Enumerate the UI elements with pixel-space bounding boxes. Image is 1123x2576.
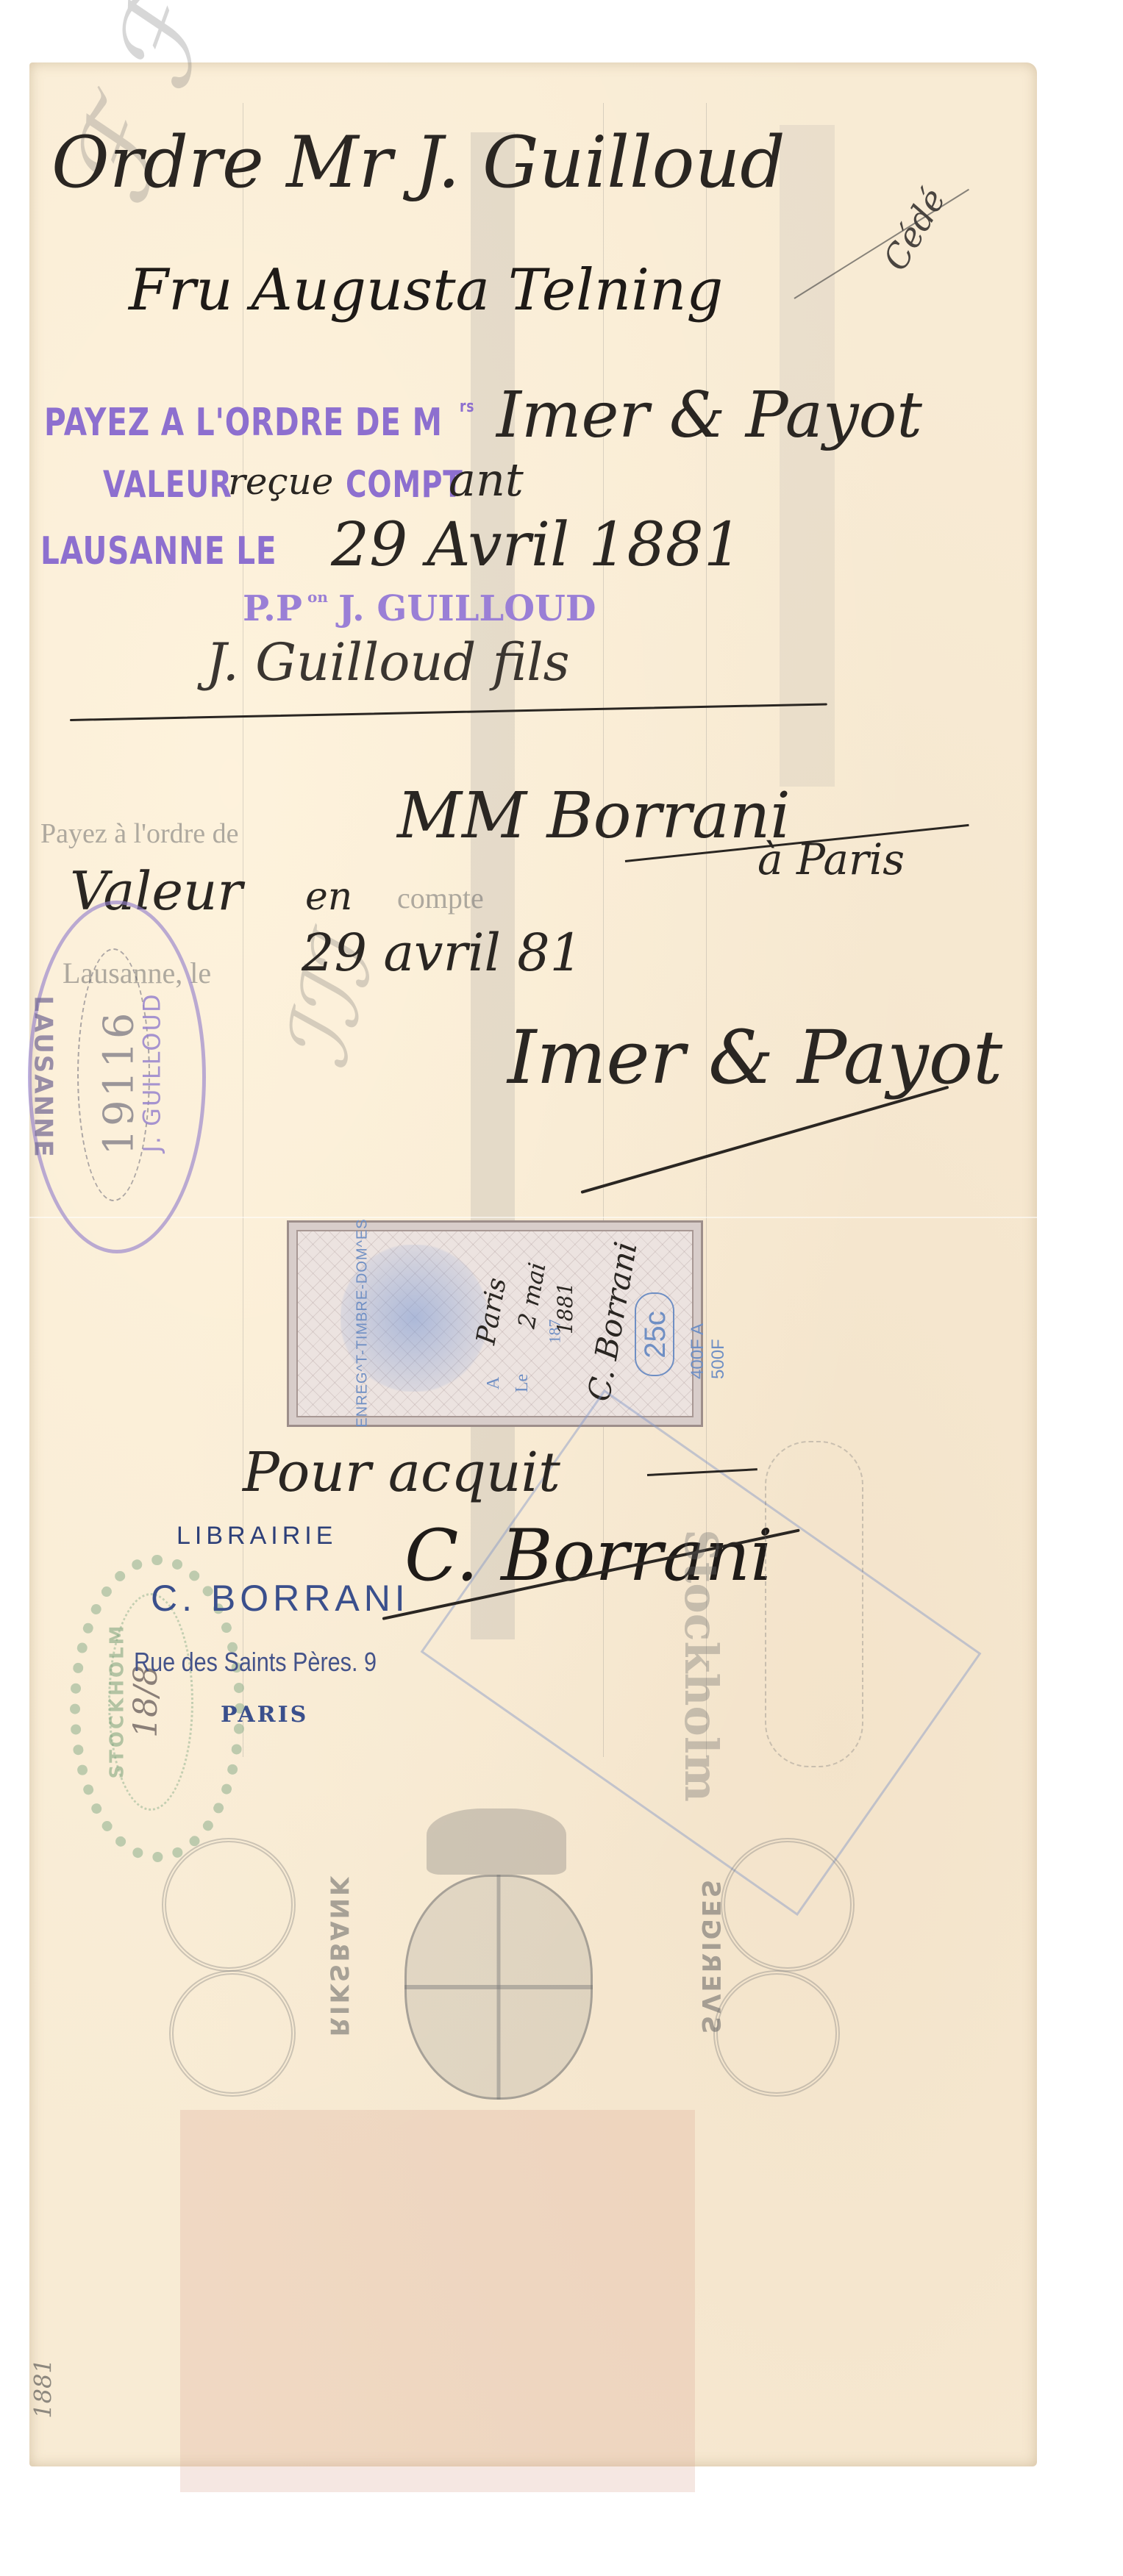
stamp-compt-text: COMPT <box>346 463 463 506</box>
revenue-stamp-value: 25c <box>639 1311 672 1359</box>
green-oval-text: STOCKHOLM <box>107 1623 129 1778</box>
stamp-superscript: rs <box>460 398 474 416</box>
emblem-scroll-left-low <box>169 1970 296 2097</box>
emblem-band-right: SVERIGES <box>696 1878 725 2033</box>
imer-payot-signature: Imer & Payot <box>507 1015 1002 1101</box>
pour-acquit: Pour acquit <box>243 1441 560 1504</box>
emblem-scroll-left <box>162 1838 296 1972</box>
handwritten-payee-borrani: MM Borrani <box>397 779 791 853</box>
oval-stamp-outer-text: LAUSANNE <box>29 995 58 1158</box>
printed-compte: compte <box>397 881 484 915</box>
librairie-city: PARIS <box>221 1702 308 1728</box>
endorsement-order-line: Ordre Mr J. Guilloud <box>51 121 785 204</box>
handwritten-payee: Imer & Payot <box>496 379 922 452</box>
revenue-stamp-label-a: A <box>484 1377 504 1389</box>
handwritten-recue: reçue <box>228 460 333 503</box>
fold-line <box>29 1217 1037 1218</box>
riksbank-emblem: RIKSBANK SVERIGES <box>103 1794 905 2095</box>
edge-pencil-note: 1881 <box>29 2358 57 2418</box>
pink-showthrough-panel <box>180 2110 695 2492</box>
librairie-label: LIBRAIRIE <box>177 1522 337 1550</box>
showthrough-flourish <box>765 1441 863 1767</box>
emblem-scroll-right-low <box>713 1970 840 2097</box>
stamp-pp-text: P.P <box>243 588 302 629</box>
revenue-handwritten-year: 1881 <box>553 1282 577 1334</box>
revenue-stamp-header: ENREG^T-TIMBRE-DOM^ES <box>354 1218 371 1427</box>
emblem-band-left: RIKSBANK <box>324 1875 353 2037</box>
librairie-name: C. BORRANI <box>151 1577 410 1620</box>
revenue-stamp-range: 400F A 500F <box>688 1284 729 1379</box>
oval-stamp-guilloud: LAUSANNE 19116 J. GUILLOUD <box>28 901 206 1253</box>
shield-icon <box>404 1875 593 2100</box>
stamp-valeur-text: VALEUR <box>103 463 232 506</box>
handwritten-date: 29 Avril 1881 <box>331 510 742 580</box>
stamp-lausanne-text: LAUSANNE LE <box>40 529 277 573</box>
emblem-scroll-right <box>721 1838 855 1972</box>
oval-stamp-inner-text: J. GUILLOUD <box>138 992 166 1152</box>
librairie-address: Rue des Saints Pères. 9 <box>134 1647 377 1678</box>
watermark-band-right <box>780 125 835 787</box>
handwritten-en: en <box>305 875 352 919</box>
oval-stamp-number: 19116 <box>96 1009 143 1155</box>
handwritten-ant: ant <box>449 453 524 507</box>
handwritten-date-2: 29 avril 81 <box>302 923 582 983</box>
stamp-pp-superscript: on <box>307 588 328 606</box>
stamp-payez-text: PAYEZ A L'ORDRE DE M <box>44 401 443 445</box>
guilloud-signature: J. Guilloud fils <box>206 632 570 693</box>
crown-icon <box>427 1808 566 1875</box>
revenue-stamp: ENREG^T-TIMBRE-DOM^ES A Le 187 Paris 2 m… <box>287 1220 703 1427</box>
guide-line <box>243 103 243 1757</box>
showthrough-stockholm: Stockholm <box>674 1529 728 1802</box>
stamp-guilloud-name: J. GUILLOUD <box>338 588 596 629</box>
printed-payez-a-lordre: Payez à l'ordre de <box>40 817 239 850</box>
handwritten-paris: à Paris <box>757 834 905 884</box>
endorsement-payee-line: Fru Augusta Telning <box>129 257 723 323</box>
revenue-stamp-label-le: Le <box>513 1374 532 1392</box>
